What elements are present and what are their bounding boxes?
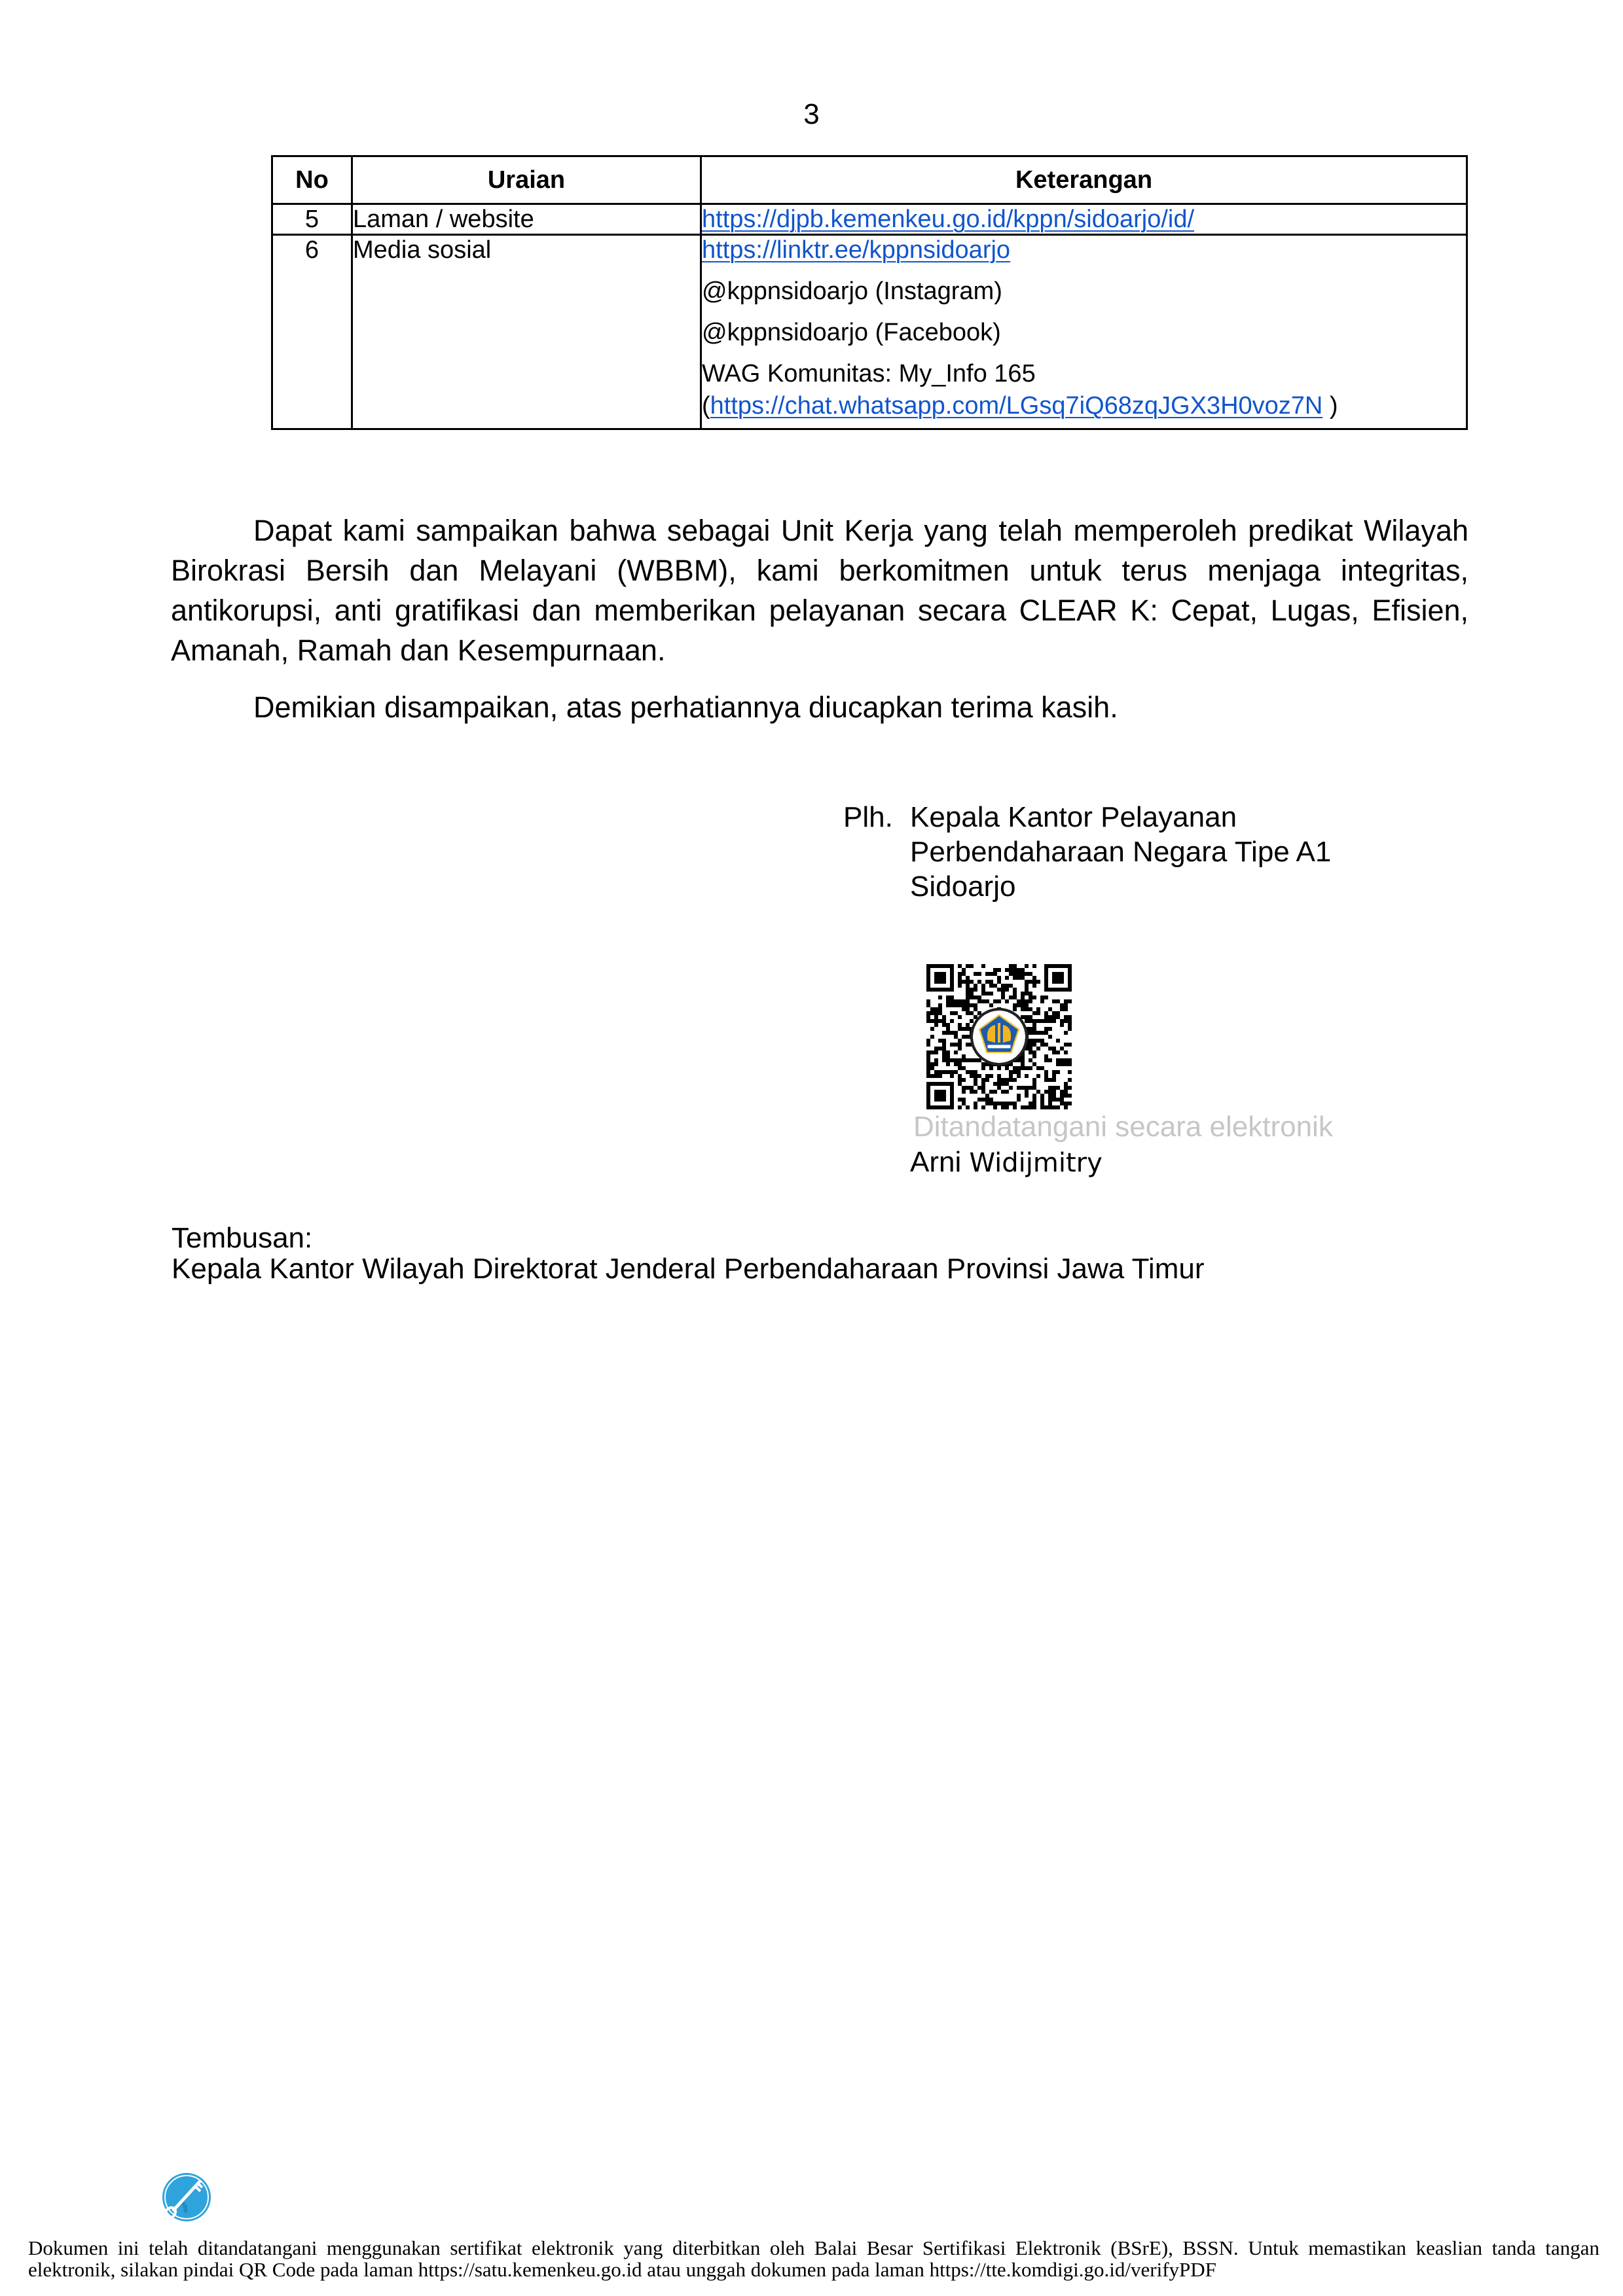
whatsapp-link[interactable]: https://chat.whatsapp.com/LGsq7iQ68zqJGX… xyxy=(710,392,1323,420)
paren-open: ( xyxy=(702,392,710,420)
header-uraian: Uraian xyxy=(352,156,701,204)
row-keterangan: https://djpb.kemenkeu.go.id/kppn/sidoarj… xyxy=(701,204,1467,235)
whatsapp-line: (https://chat.whatsapp.com/LGsq7iQ68zqJG… xyxy=(702,391,1466,428)
row-uraian: Laman / website xyxy=(352,204,701,235)
facebook-handle: @kppnsidoarjo (Facebook) xyxy=(702,318,1466,359)
instagram-handle: @kppnsidoarjo (Instagram) xyxy=(702,277,1466,318)
signature-title: Kepala Kantor Pelayanan Perbendaharaan N… xyxy=(910,800,1434,904)
header-no: No xyxy=(272,156,352,204)
page-number: 3 xyxy=(0,98,1623,131)
paren-close: ) xyxy=(1322,392,1338,420)
signature-title-line: Kepala Kantor Pelayanan xyxy=(910,800,1434,834)
signer-first-name: Arni xyxy=(910,1146,961,1178)
linktree-link[interactable]: https://linktr.ee/kppnsidoarjo xyxy=(702,236,1010,264)
row-keterangan: https://linktr.ee/kppnsidoarjo @kppnsido… xyxy=(701,235,1467,429)
bsre-key-icon xyxy=(161,2172,212,2223)
row-uraian: Media sosial xyxy=(352,235,701,429)
signed-electronically-note: Ditandatangani secara elektronik xyxy=(913,1110,1333,1144)
header-keterangan: Keterangan xyxy=(701,156,1467,204)
commitment-paragraph: Dapat kami sampaikan bahwa sebagai Unit … xyxy=(171,511,1468,670)
wag-community-label: WAG Komunitas: My_Info 165 xyxy=(702,359,1466,395)
contact-table: No Uraian Keterangan 5 Laman / website h… xyxy=(271,155,1468,430)
closing-paragraph: Demikian disampaikan, atas perhatiannya … xyxy=(171,687,1468,727)
row-no: 5 xyxy=(272,204,352,235)
signature-prefix: Plh. xyxy=(843,800,893,834)
table-header-row: No Uraian Keterangan xyxy=(272,156,1467,204)
linktree-line: https://linktr.ee/kppnsidoarjo xyxy=(702,236,1466,277)
table-row: 6 Media sosial https://linktr.ee/kppnsid… xyxy=(272,235,1467,429)
row-no: 6 xyxy=(272,235,352,429)
tembusan-item: Kepala Kantor Wilayah Direktorat Jendera… xyxy=(172,1253,1204,1285)
qr-code-icon xyxy=(926,964,1072,1109)
table-row: 5 Laman / website https://djpb.kemenkeu.… xyxy=(272,204,1467,235)
signer-name: Arni Widijmitry xyxy=(910,1145,1103,1180)
signer-last-name: Widijmitry xyxy=(969,1148,1102,1178)
signature-title-line: Perbendaharaan Negara Tipe A1 xyxy=(910,834,1434,869)
signature-title-line: Sidoarjo xyxy=(910,869,1434,904)
tembusan-label: Tembusan: xyxy=(172,1223,312,1254)
website-link[interactable]: https://djpb.kemenkeu.go.id/kppn/sidoarj… xyxy=(702,206,1194,233)
digital-signature-disclaimer: Dokumen ini telah ditandatangani menggun… xyxy=(28,2237,1599,2280)
